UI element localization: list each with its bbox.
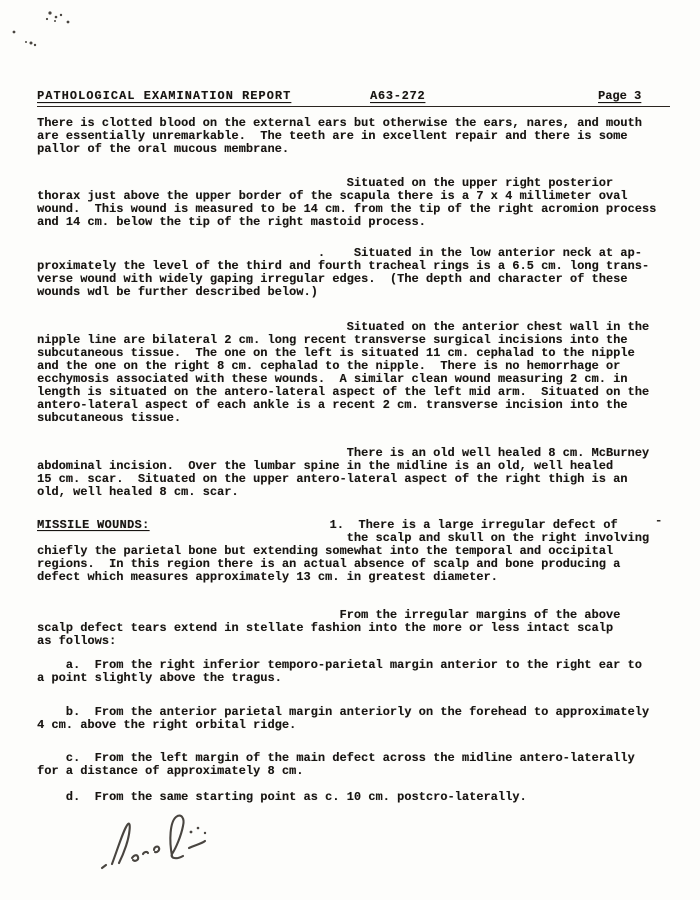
- scanned-document-page: PATHOLOGICAL EXAMINATION REPORT A63-272 …: [0, 0, 700, 900]
- para-old-scars: There is an old well healed 8 cm. McBurn…: [37, 447, 670, 499]
- tear-item-b: b. From the anterior parietal margin ant…: [37, 706, 670, 732]
- margin-dash-mark: -: [655, 515, 662, 528]
- para-stellate-tears-intro: From the irregular margins of the above …: [37, 609, 670, 648]
- report-title: PATHOLOGICAL EXAMINATION REPORT: [37, 90, 291, 103]
- tear-item-a: a. From the right inferior temporo-parie…: [37, 659, 670, 685]
- report-header: PATHOLOGICAL EXAMINATION REPORT A63-272 …: [37, 90, 670, 107]
- para-thorax-wound: Situated on the upper right posterior th…: [37, 177, 670, 229]
- signature-scribble-icon: [88, 806, 248, 876]
- missile-item-1-first-line: 1. There is a large irregular defect of: [150, 518, 618, 532]
- pencil-dot-marks-icon: [10, 6, 90, 56]
- missile-wounds-heading: MISSILE WOUNDS:: [37, 518, 150, 532]
- tear-item-d: d. From the same starting point as c. 10…: [37, 791, 670, 804]
- para-neck-wound: . Situated in the low anterior neck at a…: [37, 247, 670, 299]
- para-chest-incisions: Situated on the anterior chest wall in t…: [37, 321, 670, 425]
- missile-item-1-continuation: the scalp and skull on the right involvi…: [37, 532, 670, 584]
- tear-item-c: c. From the left margin of the main defe…: [37, 752, 670, 778]
- case-number: A63-272: [370, 90, 425, 103]
- para-ears-teeth: There is clotted blood on the external e…: [37, 117, 670, 156]
- page-number-label: Page 3: [598, 90, 641, 103]
